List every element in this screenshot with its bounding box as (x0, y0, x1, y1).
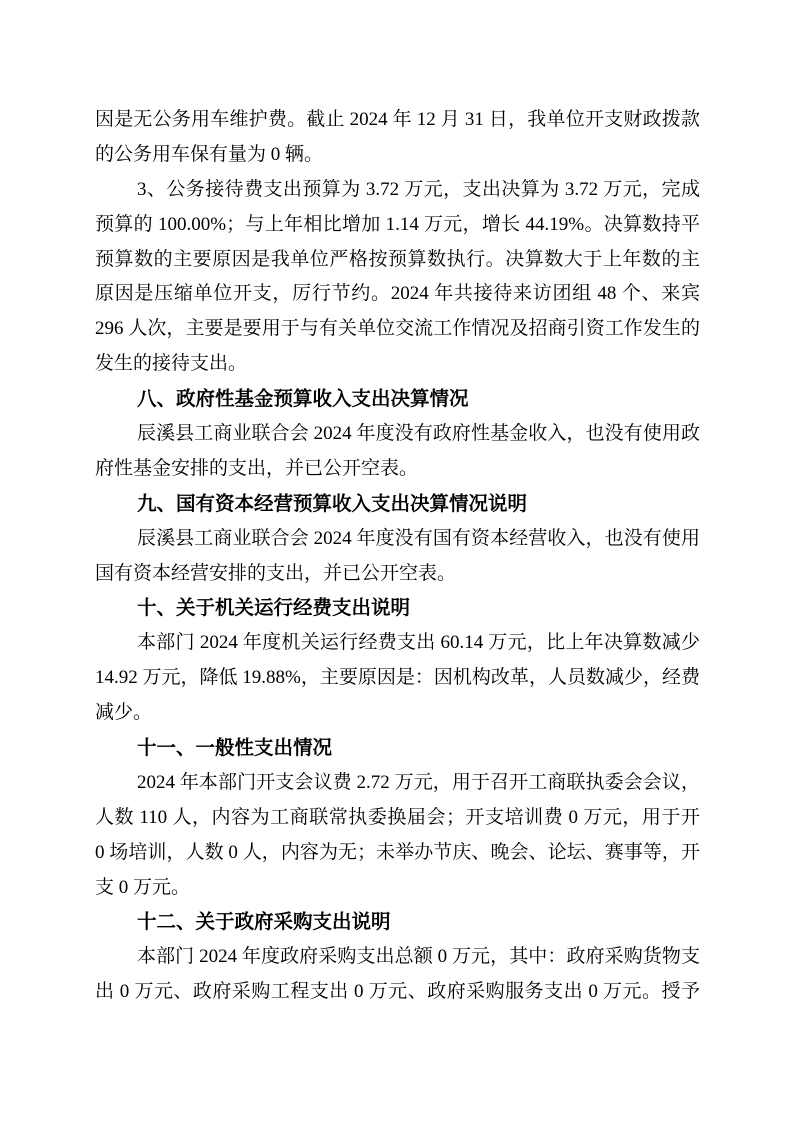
text-line: 出 0 万元、政府采购工程支出 0 万元、政府采购服务支出 0 万元。授予中 (95, 975, 700, 1010)
section-heading: 八、政府性基金预算收入支出决算情况 (95, 382, 700, 417)
heading-line: 八、政府性基金预算收入支出决算情况 (95, 382, 700, 417)
body-paragraph: 3、公务接待费支出预算为 3.72 万元，支出决算为 3.72 万元，完成预算的… (95, 173, 700, 382)
heading-line: 十、关于机关运行经费支出说明 (95, 591, 700, 626)
heading-line: 九、国有资本经营预算收入支出决算情况说明 (95, 487, 700, 522)
section-heading: 十、关于机关运行经费支出说明 (95, 591, 700, 626)
text-line: 发生的接待支出。 (95, 347, 700, 382)
text-line: 原因是压缩单位开支，厉行节约。2024 年共接待来访团组 48 个、来宾 (95, 277, 700, 312)
section-heading: 十一、一般性支出情况 (95, 731, 700, 766)
body-paragraph: 本部门 2024 年度机关运行经费支出 60.14 万元，比上年决算数减少14.… (95, 626, 700, 731)
text-line: 人数 110 人，内容为工商联常执委换届会；开支培训费 0 万元，用于开展 (95, 801, 700, 836)
heading-line: 十一、一般性支出情况 (95, 731, 700, 766)
text-line: 3、公务接待费支出预算为 3.72 万元，支出决算为 3.72 万元，完成 (95, 173, 700, 208)
text-line: 296 人次，主要是要用于与有关单位交流工作情况及招商引资工作发生的 (95, 312, 700, 347)
text-line: 预算数的主要原因是我单位严格按预算数执行。决算数大于上年数的主要 (95, 243, 700, 278)
text-line: 本部门 2024 年度机关运行经费支出 60.14 万元，比上年决算数减少 (95, 626, 700, 661)
text-line: 支 0 万元。 (95, 871, 700, 906)
body-paragraph: 2024 年本部门开支会议费 2.72 万元，用于召开工商联执委会会议，人数 1… (95, 766, 700, 906)
text-line: 因是无公务用车维护费。截止 2024 年 12 月 31 日，我单位开支财政拨款 (95, 103, 700, 138)
text-line: 辰溪县工商业联合会 2024 年度没有政府性基金收入，也没有使用政 (95, 417, 700, 452)
document-page: 因是无公务用车维护费。截止 2024 年 12 月 31 日，我单位开支财政拨款… (0, 0, 793, 1122)
text-line: 减少。 (95, 696, 700, 731)
text-line: 的公务用车保有量为 0 辆。 (95, 138, 700, 173)
body-paragraph: 辰溪县工商业联合会 2024 年度没有国有资本经营收入，也没有使用国有资本经营安… (95, 522, 700, 592)
text-line: 2024 年本部门开支会议费 2.72 万元，用于召开工商联执委会会议， (95, 766, 700, 801)
heading-line: 十二、关于政府采购支出说明 (95, 905, 700, 940)
text-line: 府性基金安排的支出，并已公开空表。 (95, 452, 700, 487)
text-line: 国有资本经营安排的支出，并已公开空表。 (95, 557, 700, 592)
text-line: 辰溪县工商业联合会 2024 年度没有国有资本经营收入，也没有使用 (95, 522, 700, 557)
body-paragraph: 因是无公务用车维护费。截止 2024 年 12 月 31 日，我单位开支财政拨款… (95, 103, 700, 173)
section-heading: 九、国有资本经营预算收入支出决算情况说明 (95, 487, 700, 522)
body-paragraph: 本部门 2024 年度政府采购支出总额 0 万元，其中：政府采购货物支出 0 万… (95, 940, 700, 1010)
body-paragraph: 辰溪县工商业联合会 2024 年度没有政府性基金收入，也没有使用政府性基金安排的… (95, 417, 700, 487)
section-heading: 十二、关于政府采购支出说明 (95, 905, 700, 940)
text-line: 0 场培训，人数 0 人，内容为无；未举办节庆、晚会、论坛、赛事等，开 (95, 836, 700, 871)
document-content: 因是无公务用车维护费。截止 2024 年 12 月 31 日，我单位开支财政拨款… (95, 103, 700, 1010)
text-line: 14.92 万元，降低 19.88%，主要原因是：因机构改革，人员数减少，经费 (95, 661, 700, 696)
text-line: 本部门 2024 年度政府采购支出总额 0 万元，其中：政府采购货物支 (95, 940, 700, 975)
text-line: 预算的 100.00%；与上年相比增加 1.14 万元，增长 44.19%。决算… (95, 208, 700, 243)
